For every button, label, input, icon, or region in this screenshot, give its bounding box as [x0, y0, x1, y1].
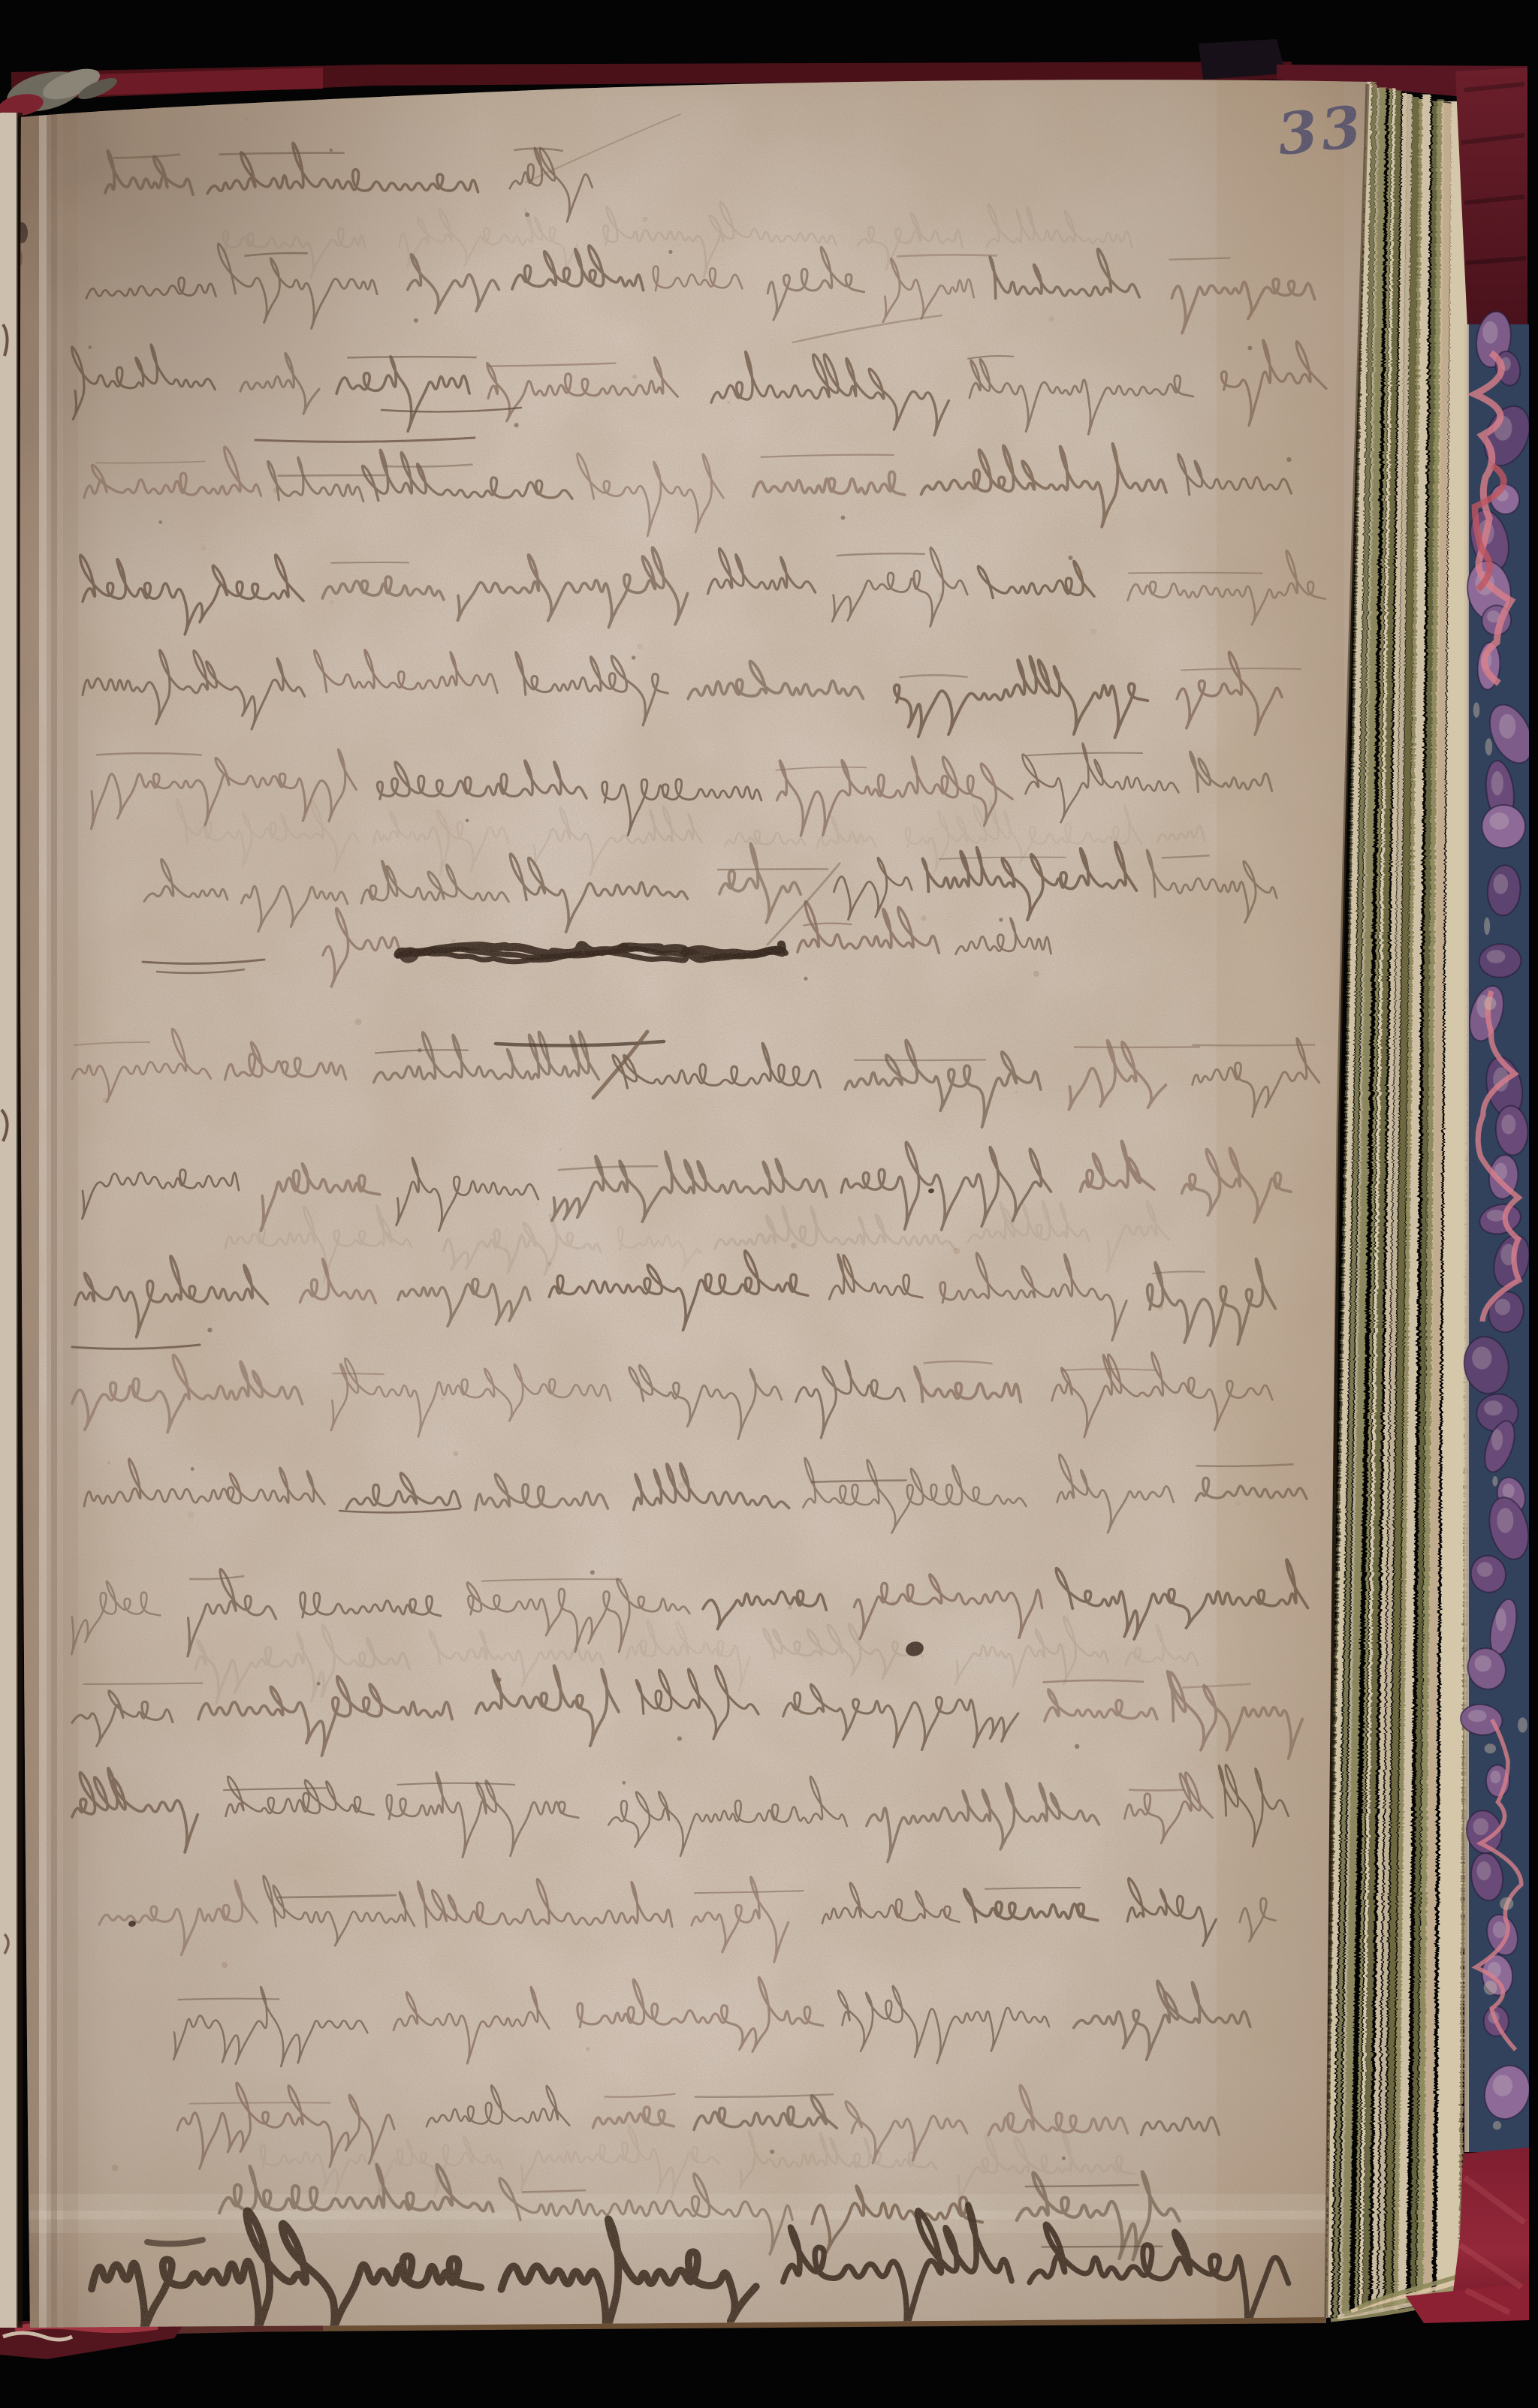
- paper-grain-overlay: [0, 60, 1538, 2408]
- marble-stone-highlight: [1494, 874, 1509, 894]
- marble-cream-fleck: [1493, 2121, 1501, 2130]
- protruding-page-edge: [1448, 102, 1463, 2296]
- marble-stone-highlight: [1468, 1710, 1487, 1722]
- marble-stone-highlight: [1477, 1861, 1491, 1880]
- marble-cream-fleck: [1500, 1897, 1513, 1910]
- marble-stone-highlight: [1490, 1771, 1500, 1783]
- marble-stone-highlight: [1496, 1608, 1506, 1631]
- adjacent-page-sliver: [0, 113, 23, 2328]
- marble-cream-fleck: [1484, 918, 1490, 935]
- marble-stone-highlight: [1491, 1429, 1503, 1450]
- marble-cream-fleck: [1518, 1717, 1527, 1732]
- marble-stone-highlight: [1489, 812, 1509, 830]
- leather-corner-top-right: [1455, 68, 1527, 327]
- marble-stone-highlight: [1477, 1562, 1493, 1577]
- marbled-cover-strip: [1459, 309, 1538, 2152]
- marble-stone-highlight: [1495, 1299, 1511, 1316]
- book-photograph: 33: [0, 0, 1538, 2408]
- marble-stone-highlight: [1482, 321, 1497, 344]
- marble-cream-fleck: [1485, 738, 1492, 755]
- marble-cream-fleck: [1484, 1981, 1497, 1995]
- marble-stone-highlight: [1499, 714, 1515, 739]
- marble-stone-highlight: [1493, 2075, 1512, 2096]
- marble-stone-highlight: [1493, 1921, 1506, 1938]
- manuscript-photo: 33: [0, 0, 1538, 2408]
- marble-stone-highlight: [1475, 1656, 1491, 1672]
- marble-stone-highlight: [1501, 1114, 1515, 1134]
- cover-top-shadow-patch: [1199, 39, 1286, 80]
- marble-stone-highlight: [1491, 771, 1503, 795]
- marble-stone-highlight: [1487, 950, 1506, 963]
- background-right-edge: [1529, 0, 1538, 2408]
- marble-stone-highlight: [1484, 1400, 1503, 1415]
- marble-cream-fleck: [1484, 996, 1496, 1010]
- marble-cream-fleck: [1485, 1743, 1496, 1753]
- marble-stone-highlight: [1497, 1508, 1513, 1533]
- marble-stone-highlight: [1503, 1484, 1515, 1499]
- marble-stone-highlight: [1473, 1818, 1489, 1835]
- marble-cream-fleck: [1473, 702, 1480, 718]
- marble-stone-highlight: [1472, 1346, 1491, 1369]
- marble-cream-fleck: [1492, 1476, 1497, 1486]
